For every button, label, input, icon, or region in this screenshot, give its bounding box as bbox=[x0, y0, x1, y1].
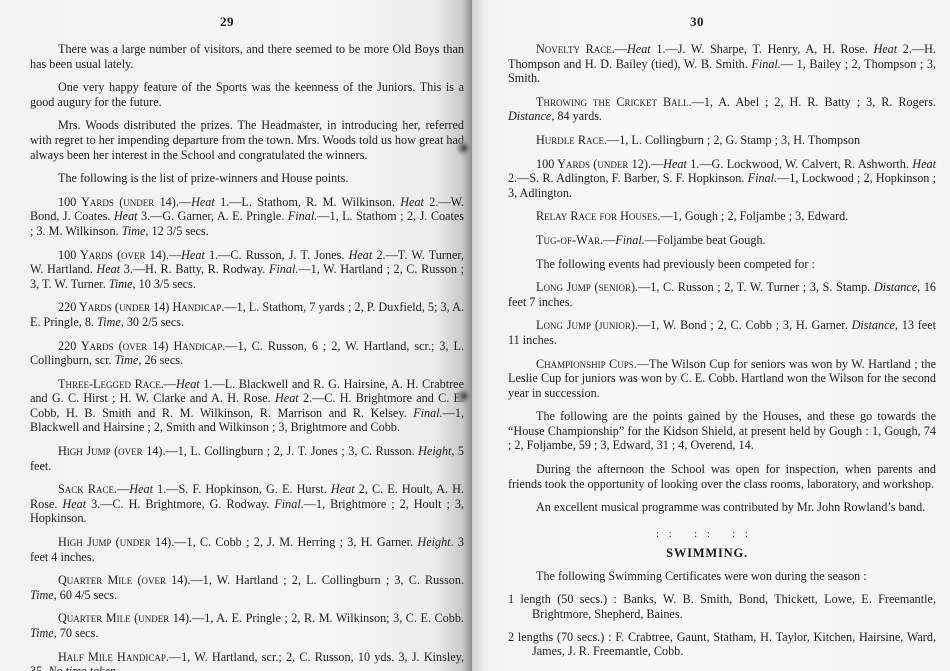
binding-staple bbox=[456, 140, 472, 156]
event-result-text: — bbox=[169, 248, 181, 262]
event-title: 220 Yards (over 14) Handicap. bbox=[58, 339, 225, 353]
page-number: 29 bbox=[30, 14, 464, 30]
house-points-paragraph: The following are the points gained by t… bbox=[508, 409, 936, 453]
event-label: Heat bbox=[114, 209, 138, 223]
event-title: Sack Race. bbox=[58, 482, 117, 496]
event-label: Heat bbox=[129, 482, 153, 496]
event-results-list: 100 Yards (under 14).—Heat 1.—L. Stathom… bbox=[30, 195, 464, 671]
event-title: High Jump (over 14). bbox=[58, 444, 166, 458]
event-result-text: —1, A. Abel ; 2, H. R. Batty ; 3, R. Rog… bbox=[692, 95, 936, 109]
binding-staple bbox=[456, 388, 472, 404]
event-entry: Championship Cups.—The Wilson Cup for se… bbox=[508, 357, 936, 401]
event-label: Distance bbox=[874, 280, 917, 294]
event-label: Height bbox=[418, 444, 451, 458]
event-label: Time bbox=[97, 315, 121, 329]
event-title: Hurdle Race. bbox=[536, 133, 607, 147]
event-result-text: —1, A. E. Pringle ; 2, R. M. Wilkinson; … bbox=[192, 611, 464, 625]
event-label: Heat bbox=[331, 482, 355, 496]
event-result-text: — bbox=[615, 42, 627, 56]
event-result-text: —1, L. Collingburn ; 2, G. Stamp ; 3, H.… bbox=[607, 133, 860, 147]
event-result-text: , 26 secs. bbox=[138, 353, 183, 367]
event-entry: Quarter Mile (under 14).—1, A. E. Pringl… bbox=[30, 611, 464, 640]
music-paragraph: An excellent musical programme was contr… bbox=[508, 500, 936, 515]
event-label: Time bbox=[115, 353, 139, 367]
event-label: Final. bbox=[615, 233, 644, 247]
event-entry: 100 Yards (under 12).—Heat 1.—G. Lockwoo… bbox=[508, 157, 936, 201]
event-label: Heat bbox=[400, 195, 424, 209]
left-page: 29 There was a large number of visitors,… bbox=[0, 0, 472, 671]
event-entry: Three-Legged Race.—Heat 1.—L. Blackwell … bbox=[30, 377, 464, 435]
certificate-row: 2 lengths (70 secs.) : F. Crabtree, Gaun… bbox=[508, 630, 936, 659]
event-entry: 100 Yards (under 14).—Heat 1.—L. Stathom… bbox=[30, 195, 464, 239]
event-title: Relay Race for Houses. bbox=[536, 209, 660, 223]
certificate-row: 1 length (50 secs.) : Banks, W. B. Smith… bbox=[508, 592, 936, 621]
book-spread: 29 There was a large number of visitors,… bbox=[0, 0, 950, 671]
swimming-intro: The following Swimming Certificates were… bbox=[508, 569, 936, 584]
previously-competed-text: The following events had previously been… bbox=[508, 257, 936, 272]
event-label: No time taken. bbox=[48, 664, 119, 671]
right-page: 30 Novelty Race.—Heat 1.—J. W. Sharpe, T… bbox=[472, 0, 950, 671]
event-title: Championship Cups. bbox=[536, 357, 637, 371]
event-result-text: — bbox=[117, 482, 129, 496]
event-results-list: Novelty Race.—Heat 1.—J. W. Sharpe, T. H… bbox=[508, 42, 936, 248]
event-title: Half Mile Handicap. bbox=[58, 650, 169, 664]
event-entry: High Jump (over 14).—1, L. Collingburn ;… bbox=[30, 444, 464, 473]
event-entry: 220 Yards (under 14) Handicap.—1, L. Sta… bbox=[30, 300, 464, 329]
event-result-text: , 30 2/5 secs. bbox=[121, 315, 184, 329]
event-title: 100 Yards (over 14). bbox=[58, 248, 169, 262]
event-result-text: —1, C. Cobb ; 2, J. M. Herring ; 3, H. G… bbox=[174, 535, 417, 549]
event-title: Long Jump (senior). bbox=[536, 280, 638, 294]
event-entry: Long Jump (senior).—1, C. Russon ; 2, T.… bbox=[508, 280, 936, 309]
event-result-text: , 10 3/5 secs. bbox=[133, 277, 196, 291]
event-title: Quarter Mile (under 14). bbox=[58, 611, 192, 625]
event-entry: Quarter Mile (over 14).—1, W. Hartland ;… bbox=[30, 573, 464, 602]
event-entry: Relay Race for Houses.—1, Gough ; 2, Fol… bbox=[508, 209, 936, 224]
event-label: Heat bbox=[96, 262, 120, 276]
intro-paragraph: There was a large number of visitors, an… bbox=[30, 42, 464, 71]
event-title: 220 Yards (under 14) Handicap. bbox=[58, 300, 224, 314]
event-result-text: , 70 secs. bbox=[54, 626, 99, 640]
event-result-text: 3.—H. R. Batty, R. Rodway. bbox=[120, 262, 269, 276]
event-label: Heat bbox=[62, 497, 86, 511]
event-label: Final. bbox=[269, 262, 298, 276]
event-entry: 100 Yards (over 14).—Heat 1.—C. Russon, … bbox=[30, 248, 464, 292]
event-result-text: —1, L. Collingburn ; 2, J. T. Jones ; 3,… bbox=[166, 444, 419, 458]
event-result-text: , 60 4/5 secs. bbox=[54, 588, 117, 602]
event-label: Final. bbox=[274, 497, 303, 511]
event-title: Throwing the Cricket Ball. bbox=[536, 95, 692, 109]
event-label: Height bbox=[417, 535, 450, 549]
event-label: Final. bbox=[413, 406, 442, 420]
swimming-heading: SWIMMING. bbox=[508, 546, 936, 561]
event-result-text: —1, Gough ; 2, Foljambe ; 3, Edward. bbox=[660, 209, 848, 223]
event-entry: Hurdle Race.—1, L. Collingburn ; 2, G. S… bbox=[508, 133, 936, 148]
event-title: Tug-of-War. bbox=[536, 233, 603, 247]
event-title: Quarter Mile (over 14). bbox=[58, 573, 190, 587]
event-result-text: — bbox=[179, 195, 191, 209]
event-label: Heat bbox=[181, 248, 205, 262]
event-label: Heat bbox=[663, 157, 687, 171]
event-label: Time bbox=[30, 626, 54, 640]
section-separator: :: :: :: bbox=[508, 529, 936, 540]
event-result-text: , 84 yards. bbox=[551, 109, 602, 123]
event-label: Final. bbox=[748, 171, 777, 185]
event-entry: High Jump (under 14).—1, C. Cobb ; 2, J.… bbox=[30, 535, 464, 564]
event-label: Heat bbox=[176, 377, 200, 391]
event-result-text: — bbox=[651, 157, 663, 171]
event-title: Three-Legged Race. bbox=[58, 377, 164, 391]
event-result-text: — bbox=[603, 233, 615, 247]
inspection-paragraph: During the afternoon the School was open… bbox=[508, 462, 936, 491]
event-entry: 220 Yards (over 14) Handicap.—1, C. Russ… bbox=[30, 339, 464, 368]
event-label: Distance bbox=[508, 109, 551, 123]
event-label: Heat bbox=[912, 157, 936, 171]
certificate-label: 2 lengths (70 secs.) : bbox=[508, 630, 612, 644]
event-result-text: 1.—L. Stathom, R. M. Wilkinson. bbox=[215, 195, 400, 209]
event-entry: Sack Race.—Heat 1.—S. F. Hopkinson, G. E… bbox=[30, 482, 464, 526]
event-label: Heat bbox=[275, 391, 299, 405]
event-label: Time bbox=[122, 224, 146, 238]
event-entry: Half Mile Handicap.—1, W. Hartland, scr.… bbox=[30, 650, 464, 671]
intro-paragraph: The following is the list of prize-winne… bbox=[30, 171, 464, 186]
event-entry: Long Jump (junior).—1, W. Bond ; 2, C. C… bbox=[508, 318, 936, 347]
event-label: Final. bbox=[288, 209, 317, 223]
page-number: 30 bbox=[508, 14, 936, 30]
event-label: Heat bbox=[627, 42, 651, 56]
event-title: 100 Yards (under 14). bbox=[58, 195, 179, 209]
event-result-text: , 12 3/5 secs. bbox=[145, 224, 208, 238]
event-result-text: 3.—C. H. Brightmore, G. Rodway. bbox=[86, 497, 274, 511]
event-title: Novelty Race. bbox=[536, 42, 615, 56]
event-result-text: 1.—J. W. Sharpe, T. Henry, A, H. Rose. bbox=[651, 42, 874, 56]
event-label: Heat bbox=[873, 42, 897, 56]
event-title: Long Jump (junior). bbox=[536, 318, 638, 332]
event-title: 100 Yards (under 12). bbox=[536, 157, 651, 171]
event-results-list: Long Jump (senior).—1, C. Russon ; 2, T.… bbox=[508, 280, 936, 400]
event-result-text: — bbox=[164, 377, 176, 391]
event-title: High Jump (under 14). bbox=[58, 535, 174, 549]
event-label: Heat bbox=[191, 195, 215, 209]
event-label: Time bbox=[30, 588, 54, 602]
event-entry: Throwing the Cricket Ball.—1, A. Abel ; … bbox=[508, 95, 936, 124]
event-entry: Novelty Race.—Heat 1.—J. W. Sharpe, T. H… bbox=[508, 42, 936, 86]
event-result-text: —1, W. Bond ; 2, C. Cobb ; 3, H. Garner. bbox=[638, 318, 852, 332]
event-result-text: 2.—S. R. Adlington, F. Barber, S. F. Hop… bbox=[508, 171, 748, 185]
certificate-label: 1 length (50 secs.) : bbox=[508, 592, 617, 606]
event-label: Heat bbox=[349, 248, 373, 262]
event-label: Time bbox=[109, 277, 133, 291]
event-result-text: —1, C. Russon ; 2, T. W. Turner ; 3, S. … bbox=[638, 280, 874, 294]
event-entry: Tug-of-War.—Final.—Foljambe beat Gough. bbox=[508, 233, 936, 248]
event-result-text: —1, W. Hartland ; 2, L. Collingburn ; 3,… bbox=[190, 573, 464, 587]
event-label: Final. bbox=[751, 57, 780, 71]
event-result-text: —Foljambe beat Gough. bbox=[645, 233, 766, 247]
event-result-text: 1.—C. Russon, J. T. Jones. bbox=[205, 248, 349, 262]
event-result-text: 3.—G. Garner, A. E. Pringle. bbox=[138, 209, 288, 223]
event-result-text: 1.—S. F. Hopkinson, G. E. Hurst. bbox=[153, 482, 331, 496]
intro-paragraph: One very happy feature of the Sports was… bbox=[30, 80, 464, 109]
event-label: Distance bbox=[852, 318, 895, 332]
event-result-text: 1.—G. Lockwood, W. Calvert, R. Ashworth. bbox=[687, 157, 912, 171]
intro-paragraph: Mrs. Woods distributed the prizes. The H… bbox=[30, 118, 464, 162]
